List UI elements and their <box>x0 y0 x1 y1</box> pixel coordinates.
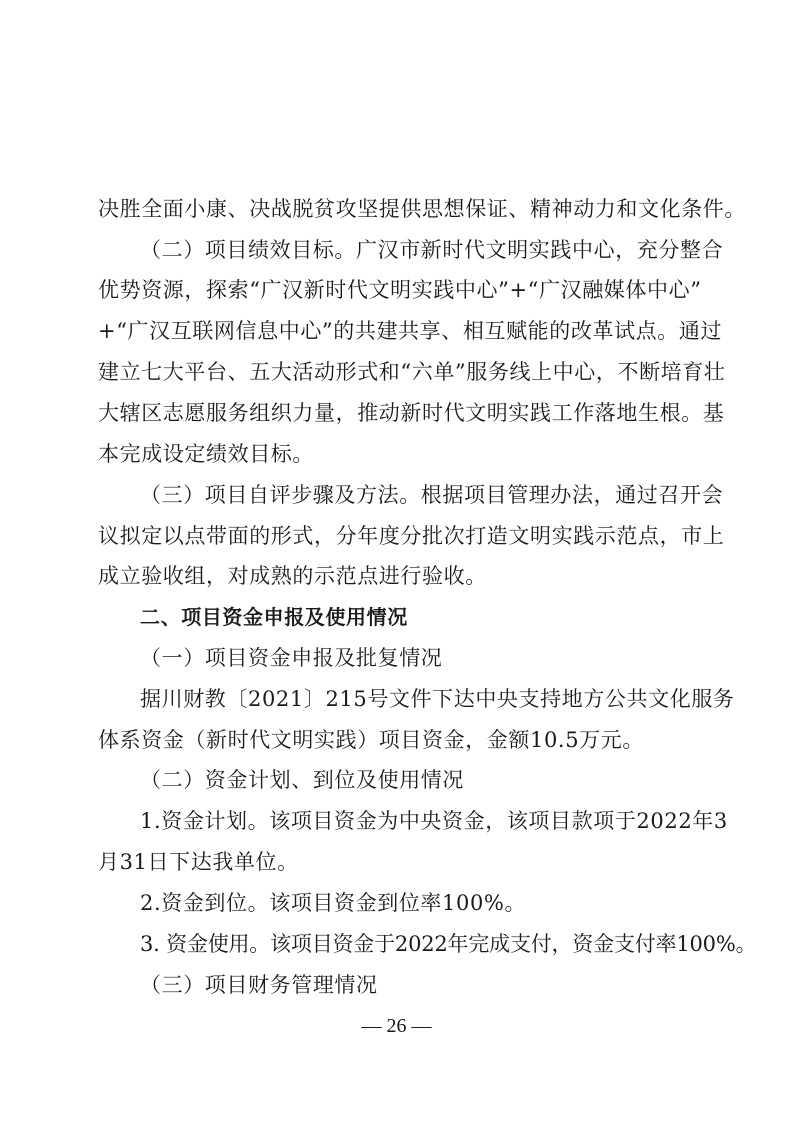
paragraph-line: 建立七大平台、五大活动形式和“六单”服务线上中心，不断培育壮 <box>98 359 708 386</box>
subsection-heading: （二）资金计划、到位及使用情况 <box>140 767 708 794</box>
paragraph-line: 3. 资金使用。该项目资金于2022年完成支付，资金支付率100%。 <box>140 931 708 958</box>
paragraph-line: 成立验收组，对成熟的示范点进行验收。 <box>98 563 708 590</box>
paragraph-line: 2.资金到位。该项目资金到位率100%。 <box>140 890 708 917</box>
page-number: — 26 — <box>0 1015 793 1038</box>
paragraph-line: 月31日下达我单位。 <box>98 849 708 876</box>
paragraph-line: 1.资金计划。该项目资金为中央资金，该项目款项于2022年3 <box>140 808 708 835</box>
paragraph-line: （三）项目自评步骤及方法。根据项目管理办法，通过召开会 <box>140 482 708 509</box>
paragraph-line: 本完成设定绩效目标。 <box>98 441 708 468</box>
section-heading: 二、项目资金申报及使用情况 <box>140 604 708 631</box>
subsection-heading: （三）项目财务管理情况 <box>140 972 708 999</box>
paragraph-line: 决胜全面小康、决战脱贫攻坚提供思想保证、精神动力和文化条件。 <box>98 196 708 223</box>
subsection-heading: （一）项目资金申报及批复情况 <box>140 645 708 672</box>
paragraph-line: 体系资金（新时代文明实践）项目资金，金额10.5万元。 <box>98 727 708 754</box>
paragraph-line: 优势资源，探索“广汉新时代文明实践中心”+“广汉融媒体中心” <box>98 277 708 304</box>
paragraph-line: 议拟定以点带面的形式，分年度分批次打造文明实践示范点，市上 <box>98 523 708 550</box>
paragraph-line: 据川财教〔2021〕215号文件下达中央支持地方公共文化服务 <box>140 686 708 713</box>
paragraph-line: +“广汉互联网信息中心”的共建共享、相互赋能的改革试点。通过 <box>98 318 708 345</box>
paragraph-line: 大辖区志愿服务组织力量，推动新时代文明实践工作落地生根。基 <box>98 400 708 427</box>
paragraph-line: （二）项目绩效目标。广汉市新时代文明实践中心，充分整合 <box>140 237 708 264</box>
document-page: 决胜全面小康、决战脱贫攻坚提供思想保证、精神动力和文化条件。 （二）项目绩效目标… <box>0 0 793 1122</box>
